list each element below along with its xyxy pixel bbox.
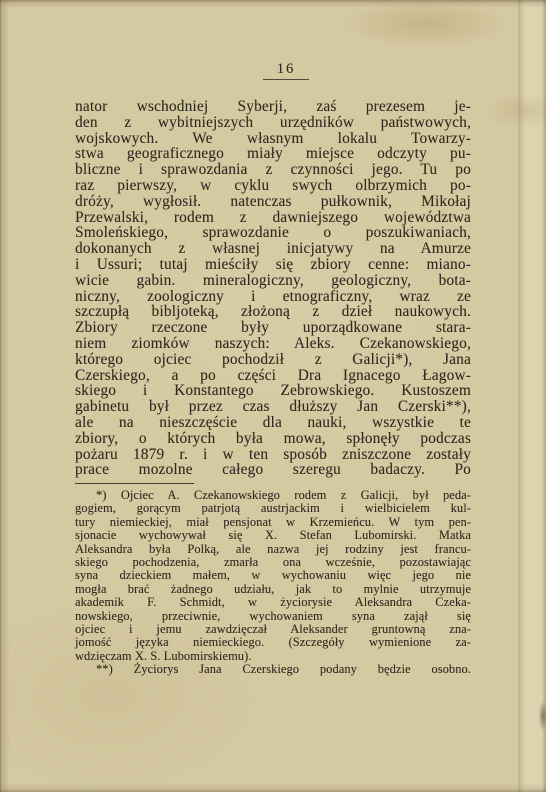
body-line: szczupłą bibljoteką, złożoną z dzieł nau… (75, 304, 471, 320)
body-line: nator wschodniej Syberji, zaś prezesem j… (75, 99, 471, 115)
body-line: wicie gabin. mineralogiczny, geologiczny… (75, 273, 471, 289)
footnote-line: skiego pochodzenia, zmarła ona wcześnie,… (75, 556, 471, 569)
body-line: Zbiory rzeczone były uporządkowane stara… (75, 320, 471, 336)
page-number: 16 (88, 61, 484, 77)
footnote: *) Ojciec A. Czekanowskiego rodem z Gali… (75, 489, 471, 663)
body-line: Przewalski, rodem z dawniejszego wojewód… (75, 210, 471, 226)
footnote-line: syna dzieckiem małem, w wychowaniu więc … (75, 569, 471, 582)
body-line: dokonanych z własnej inicjatywy na Amurz… (75, 241, 471, 257)
body-line: den z wybitniejszych urzędników państwow… (75, 115, 471, 131)
body-text: nator wschodniej Syberji, zaś prezesem j… (75, 99, 471, 478)
body-line: dróży, wygłosił. natenczas pułkownik, Mi… (75, 194, 471, 210)
body-line: niczny, zoologiczny i etnograficzny, wra… (75, 289, 471, 305)
body-line: i Ussuri; tutaj mieściły się zbiory cenn… (75, 257, 471, 273)
body-line: ale na nieszczęście dla nauki, wszystkie… (75, 415, 471, 431)
footnote-line: **) Życiorys Jana Czerskiego podany będz… (75, 663, 471, 676)
footnote: **) Życiorys Jana Czerskiego podany będz… (75, 663, 471, 676)
footnote-line: tury niemieckiej, miał pensjonat w Krzem… (75, 516, 471, 529)
page-header: 16 (88, 61, 484, 80)
footnote-line: sjonacie wychowywał się X. Stefan Lubomi… (75, 529, 471, 542)
body-line: stwa geograficznego miały miejsce odczyt… (75, 146, 471, 162)
footnote-line: *) Ojciec A. Czekanowskiego rodem z Gali… (75, 489, 471, 502)
footnote-line: ojciec i jemu zawdzięczał Aleksander gru… (75, 623, 471, 636)
body-line: gabinetu był przez czas dłuższy Jan Czer… (75, 399, 471, 415)
body-line: bliczne i sprawozdania z czynności jego.… (75, 162, 471, 178)
body-line: niem ziomków naszych: Aleks. Czekanowski… (75, 336, 471, 352)
book-page: 16 nator wschodniej Syberji, zaś prezese… (0, 0, 546, 792)
body-line: pożaru 1879 r. i w ten sposób zniszczone… (75, 447, 471, 463)
footnote-separator (75, 483, 194, 484)
body-line: wojskowych. We własnym lokalu Towarzy- (75, 131, 471, 147)
body-line: Czerskiego, a po części Dra Ignacego Łag… (75, 368, 471, 384)
footnote-line: gogiem, gorącym patrjotą austrjackim i w… (75, 502, 471, 515)
page-number-rule (263, 79, 309, 80)
footnote-line: akademik F. Schmidt, w życiorysie Aleksa… (75, 596, 471, 609)
footnote-line: Aleksandra była Polką, ale nazwa jej rod… (75, 543, 471, 556)
footnote-line: nowskiego, przeciwnie, wychowaniem syna … (75, 610, 471, 623)
body-line: prace mozolne całego szeregu badaczy. Po (75, 462, 471, 478)
body-line: zbiory, o których była mowa, spłonęły po… (75, 431, 471, 447)
footnote-line: jomość języka niemieckiego. (Szczegóły w… (75, 636, 471, 649)
footnote-line: mogła brać żadnego udziału, jak to mylni… (75, 583, 471, 596)
body-line: raz pierwszy, w cyklu swych olbrzymich p… (75, 178, 471, 194)
body-line: Smoleńskiego, sprawozdanie o poszukiwani… (75, 225, 471, 241)
body-line: skiego i Konstantego Zebrowskiego. Kusto… (75, 383, 471, 399)
footnotes: *) Ojciec A. Czekanowskiego rodem z Gali… (75, 489, 471, 676)
body-line: którego ojciec pochodził z Galicji*), Ja… (75, 352, 471, 368)
